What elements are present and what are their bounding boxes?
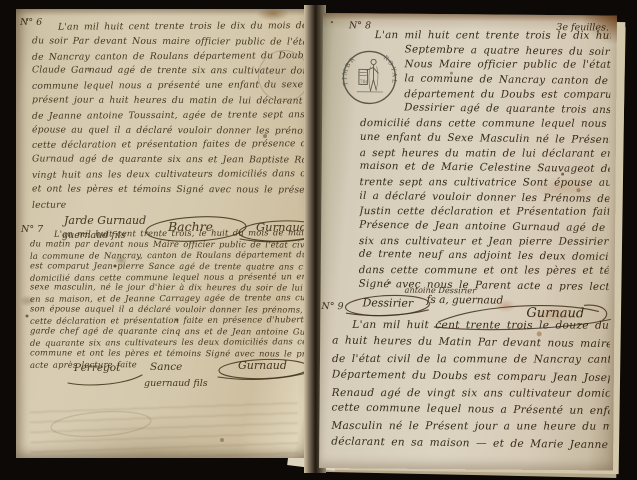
handwritten-line: est comparut Jean pierre Sance agé de tr… <box>30 260 310 272</box>
left-page: N° 6 L'an mil huit cent trente trois le … <box>16 9 308 458</box>
handwritten-line: vingt huit ans les deux cultivateurs dom… <box>32 167 304 183</box>
handwritten-line: la commune de Nancray canton de Roulans <box>360 71 610 89</box>
signature-fs-guernaud: fs a, guernaud <box>426 294 503 307</box>
ink-specks <box>331 21 333 23</box>
signature-jarde-gurnaud: Jarde Gurnaud <box>64 214 146 227</box>
handwritten-line: et ont les pères et témoins Signé avec n… <box>32 182 304 198</box>
handwritten-line: une enfant du Sexe Masculin né le Présen… <box>360 130 610 148</box>
ink-specks <box>26 19 28 21</box>
handwritten-line: L'an mil huit cent trente trois le douze… <box>332 317 610 335</box>
handwritten-line: Gurnaud agé de quarante six ans et Jean … <box>32 153 304 169</box>
handwritten-line: trente sept ans cultivatrice Sont épouse… <box>360 175 610 190</box>
handwritten-line: de Jeanne antoine Toussaint, agée de tre… <box>32 108 304 124</box>
record-9-lines: L'an mil huit cent trente trois le douze… <box>331 316 610 454</box>
handwritten-line: Département du Doubs est comparu Jean Jo… <box>332 366 610 387</box>
handwritten-line: du soir Par devant Nous maire officier p… <box>32 34 304 50</box>
handwritten-line: Présence de Jean antoine Gurnaud agé de … <box>359 218 609 236</box>
handwritten-line: cette déclaration et présentation faites… <box>32 138 304 154</box>
handwritten-line: de l'état civil de la commune de Nancray… <box>332 351 610 369</box>
right-page: N° 8 3e feuilles. 70c TIMBRE <box>319 13 617 471</box>
handwritten-line: Signé avec nous le Parent acte a pres le… <box>359 276 609 293</box>
handwritten-line: déclarant en sa maison — et de Marie Jea… <box>331 434 609 454</box>
handwritten-line: lecture <box>32 197 304 213</box>
handwritten-line: présent jour a huit heures du matin de l… <box>32 93 304 109</box>
record-8-lines: L'an mil huit cent trente trois le dix h… <box>359 27 611 294</box>
record-6-lines: L'an mil huit cent trente trois le dix d… <box>32 20 304 212</box>
signature-dessirier: Dessirier <box>362 296 413 309</box>
signature-gurnaud: Gurnaud <box>238 359 287 372</box>
handwritten-line: L'an mil huit cent trente trois le dix h… <box>361 28 611 43</box>
handwritten-line: domicilié dans cette commune lequel nous… <box>360 116 610 131</box>
stamp-bleedthrough <box>258 50 310 102</box>
record-9-number: N° 9 <box>321 301 343 312</box>
flourish-bleedthrough <box>46 407 156 441</box>
signature-perregot: Perregot <box>74 362 120 374</box>
handwritten-line: dans cette commune et ont les pères et t… <box>359 263 609 278</box>
record-7-lines: L'an mil huit cent trente trois, le huit… <box>30 228 310 370</box>
stamp-arc-left-text: TIMBRE <box>340 48 357 86</box>
handwritten-line: a huit heures du Matin Par devant nous m… <box>332 332 610 353</box>
register-scan: N° 6 L'an mil huit cent trente trois le … <box>0 0 637 480</box>
handwritten-line: L'an mil huit cent trente trois le dix d… <box>32 20 304 36</box>
signature-sance: Sance <box>150 361 182 373</box>
svg-text:TIMBRE: TIMBRE <box>340 48 357 86</box>
signature-guernaud-fils: guernaud fils <box>144 378 208 389</box>
